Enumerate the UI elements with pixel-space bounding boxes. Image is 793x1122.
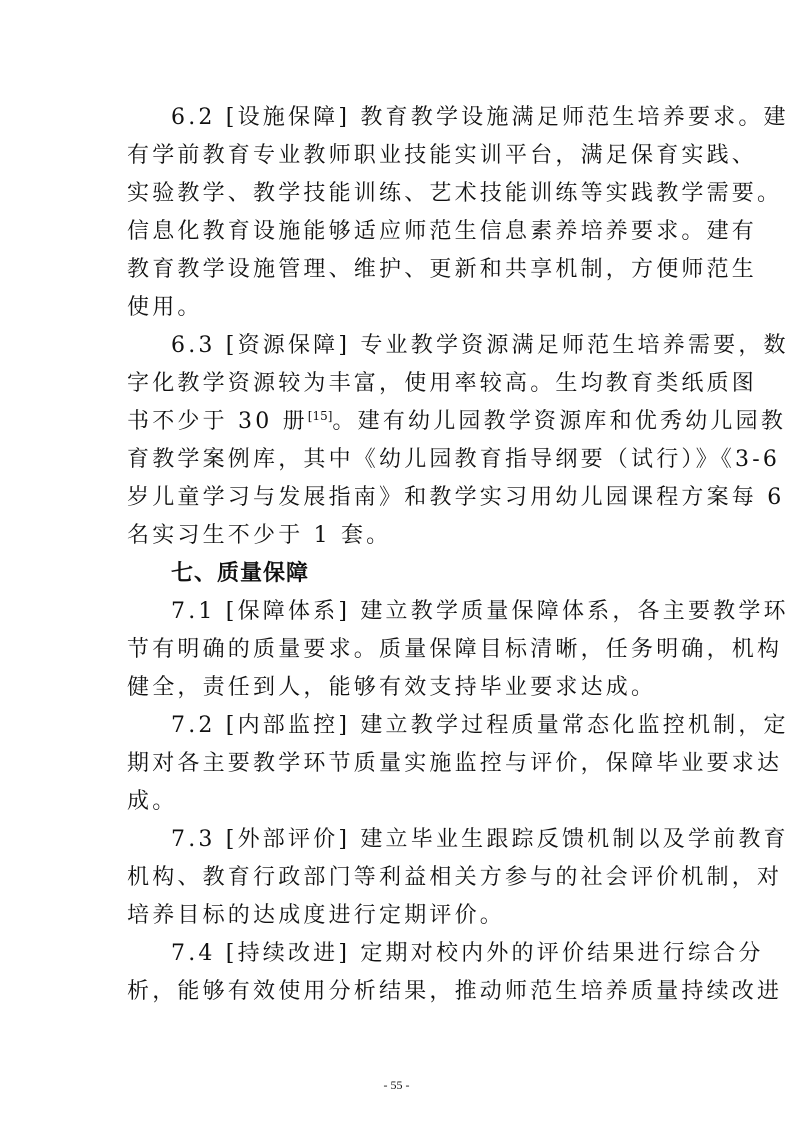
para-6-3-line: 岁儿童学习与发展指南》和教学实习用幼儿园课程方案每 6 bbox=[127, 480, 784, 516]
line-text: 书不少于 30 册 bbox=[127, 409, 308, 434]
para-6-2-line: 教育教学设施管理、维护、更新和共享机制，方便师范生 bbox=[127, 252, 757, 288]
para-7-4-line: 析，能够有效使用分析结果，推动师范生培养质量持续改进 bbox=[127, 974, 782, 1010]
para-7-3-line: 培养目标的达成度进行定期评价。 bbox=[127, 898, 505, 934]
para-6-3-line: 育教学案例库，其中《幼儿园教育指导纲要（试行）》《3-6 bbox=[127, 442, 780, 478]
line-text: 。建有幼儿园教学资源库和优秀幼儿园教 bbox=[332, 409, 786, 434]
para-7-3-line: 7.3 [外部评价] 建立毕业生跟踪反馈机制以及学前教育 bbox=[171, 822, 789, 858]
para-7-2-line: 期对各主要教学环节质量实施监控与评价，保障毕业要求达 bbox=[127, 746, 782, 782]
para-6-2-line: 信息化教育设施能够适应师范生信息素养培养要求。建有 bbox=[127, 214, 757, 250]
para-7-3-line: 机构、教育行政部门等利益相关方参与的社会评价机制，对 bbox=[127, 860, 782, 896]
para-6-3-line: 书不少于 30 册[15]。建有幼儿园教学资源库和优秀幼儿园教 bbox=[127, 404, 786, 440]
footnote-reference[interactable]: [15] bbox=[308, 409, 333, 423]
para-7-2-line: 7.2 [内部监控] 建立教学过程质量常态化监控机制，定 bbox=[171, 708, 789, 744]
para-6-3-line: 6.3 [资源保障] 专业教学资源满足师范生培养需要，数 bbox=[171, 328, 789, 364]
para-6-2-line: 实验教学、教学技能训练、艺术技能训练等实践教学需要。 bbox=[127, 176, 782, 212]
para-7-2-line: 成。 bbox=[127, 784, 177, 820]
para-6-3-line: 字化教学资源较为丰富，使用率较高。生均教育类纸质图 bbox=[127, 366, 757, 402]
para-6-3-line: 名实习生不少于 1 套。 bbox=[127, 518, 391, 554]
para-6-2-line: 使用。 bbox=[127, 290, 203, 326]
para-7-1-line: 7.1 [保障体系] 建立教学质量保障体系，各主要教学环 bbox=[171, 594, 789, 630]
para-7-4-line: 7.4 [持续改进] 定期对校内外的评价结果进行综合分 bbox=[171, 936, 764, 972]
section-heading: 七、质量保障 bbox=[171, 556, 309, 592]
para-7-1-line: 健全，责任到人，能够有效支持毕业要求达成。 bbox=[127, 670, 656, 706]
para-7-1-line: 节有明确的质量要求。质量保障目标清晰，任务明确，机构 bbox=[127, 632, 782, 668]
para-6-2-line: 6.2 [设施保障] 教育教学设施满足师范生培养要求。建 bbox=[171, 100, 789, 136]
para-6-2-line: 有学前教育专业教师职业技能实训平台，满足保育实践、 bbox=[127, 138, 757, 174]
page-number: - 55 - bbox=[0, 1078, 793, 1093]
